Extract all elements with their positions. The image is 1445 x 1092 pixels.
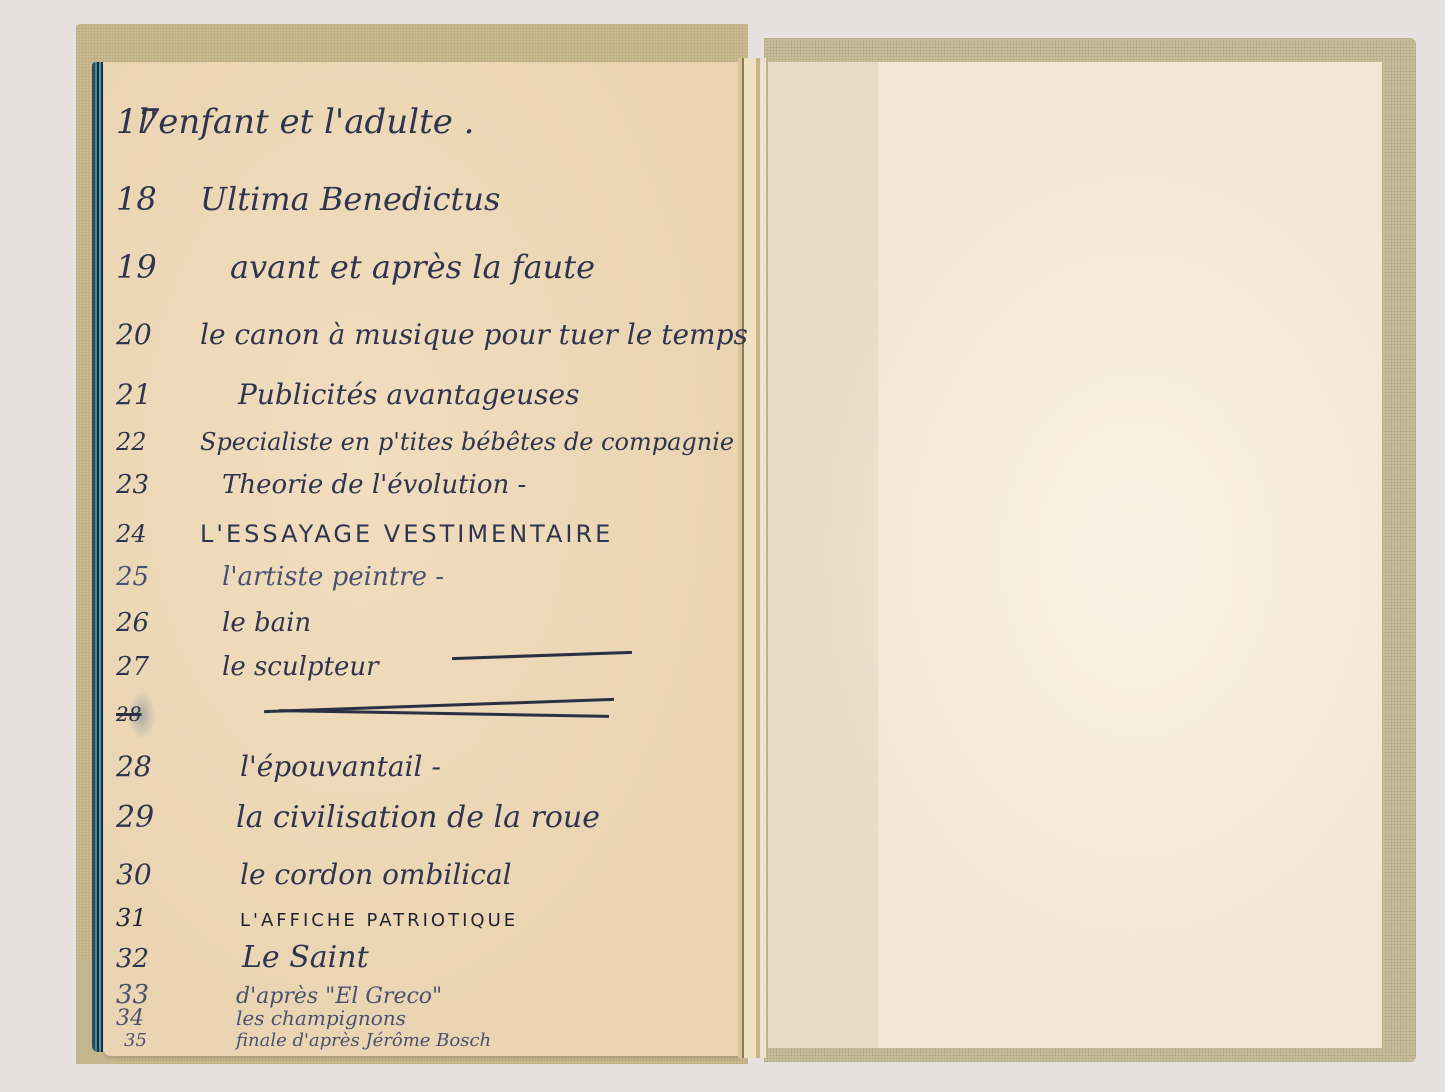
item-number: 21 bbox=[104, 378, 200, 411]
item-number: 30 bbox=[104, 858, 200, 891]
item-title: l'artiste peintre - bbox=[222, 562, 444, 592]
list-item: 23 Theorie de l'évolution - bbox=[104, 470, 526, 500]
list-item: 25 l'artiste peintre - bbox=[104, 562, 444, 592]
item-title: Publicités avantageuses bbox=[238, 378, 579, 411]
list-item: 21 Publicités avantageuses bbox=[104, 378, 579, 411]
item-title: le bain bbox=[222, 608, 311, 638]
item-number: 25 bbox=[104, 562, 200, 592]
strikethrough bbox=[452, 651, 632, 660]
item-number: 22 bbox=[104, 428, 200, 456]
list-item: 28 l'épouvantail - bbox=[104, 750, 441, 783]
list-item: 30 le cordon ombilical bbox=[104, 858, 512, 891]
item-title: Le Saint bbox=[242, 940, 369, 975]
item-number: 26 bbox=[104, 608, 200, 638]
list-item: 22 Specialiste en p'tites bébêtes de com… bbox=[104, 428, 734, 456]
item-title: l'enfant et l'adulte . bbox=[138, 102, 474, 142]
item-title: le canon à musique pour tuer le temps bbox=[200, 318, 748, 351]
item-title: les champignons bbox=[236, 1006, 406, 1030]
item-title: Specialiste en p'tites bébêtes de compag… bbox=[200, 428, 734, 456]
list-item: 24 L'ESSAYAGE VESTIMENTAIRE bbox=[104, 520, 613, 548]
item-number: 32 bbox=[104, 944, 200, 974]
item-title: Theorie de l'évolution - bbox=[222, 470, 526, 500]
item-title: l'épouvantail - bbox=[240, 750, 441, 783]
list-item: 31 L'AFFICHE PATRIOTIQUE bbox=[104, 904, 518, 932]
item-number: 34 bbox=[104, 1006, 200, 1031]
strikethrough bbox=[279, 709, 609, 718]
item-number: 19 bbox=[104, 248, 200, 286]
list-item: 19 avant et après la faute bbox=[104, 248, 595, 286]
item-number: 20 bbox=[104, 318, 200, 351]
item-number: 24 bbox=[104, 520, 200, 548]
item-title: la civilisation de la roue bbox=[236, 800, 600, 835]
item-number-struck: 28 bbox=[104, 702, 200, 726]
item-title: finale d'après Jérôme Bosch bbox=[236, 1030, 491, 1051]
list-item: 27 le sculpteur bbox=[104, 652, 379, 682]
list-item: 32 Le Saint bbox=[104, 940, 369, 975]
item-number: 35 bbox=[104, 1030, 200, 1051]
item-number: 23 bbox=[104, 470, 200, 500]
item-number: 18 bbox=[104, 180, 200, 218]
item-number: 28 bbox=[104, 750, 200, 783]
item-number: 29 bbox=[104, 800, 200, 835]
list-item: 20 le canon à musique pour tuer le temps bbox=[104, 318, 748, 351]
item-number: 31 bbox=[104, 904, 200, 932]
item-title: L'AFFICHE PATRIOTIQUE bbox=[240, 910, 518, 931]
list-item: 26 le bain bbox=[104, 608, 311, 638]
list-item: 34 les champignons bbox=[104, 1006, 406, 1031]
item-title: le sculpteur bbox=[222, 652, 379, 682]
right-endpaper bbox=[768, 62, 1382, 1048]
item-number: 27 bbox=[104, 652, 200, 682]
list-item: 35 finale d'après Jérôme Bosch bbox=[104, 1030, 491, 1051]
list-item: 29 la civilisation de la roue bbox=[104, 800, 600, 835]
list-item-struck: 28 bbox=[104, 702, 200, 726]
notebook-spine bbox=[738, 58, 766, 1058]
list-item: 18 Ultima Benedictus bbox=[104, 180, 500, 218]
handwritten-list: 17 l'enfant et l'adulte . 18 Ultima Bene… bbox=[104, 62, 742, 1056]
item-title: le cordon ombilical bbox=[240, 858, 512, 891]
item-title: L'ESSAYAGE VESTIMENTAIRE bbox=[200, 520, 613, 548]
item-title: avant et après la faute bbox=[230, 248, 595, 286]
item-title: Ultima Benedictus bbox=[200, 180, 500, 218]
list-item: 17 l'enfant et l'adulte . bbox=[104, 102, 474, 142]
